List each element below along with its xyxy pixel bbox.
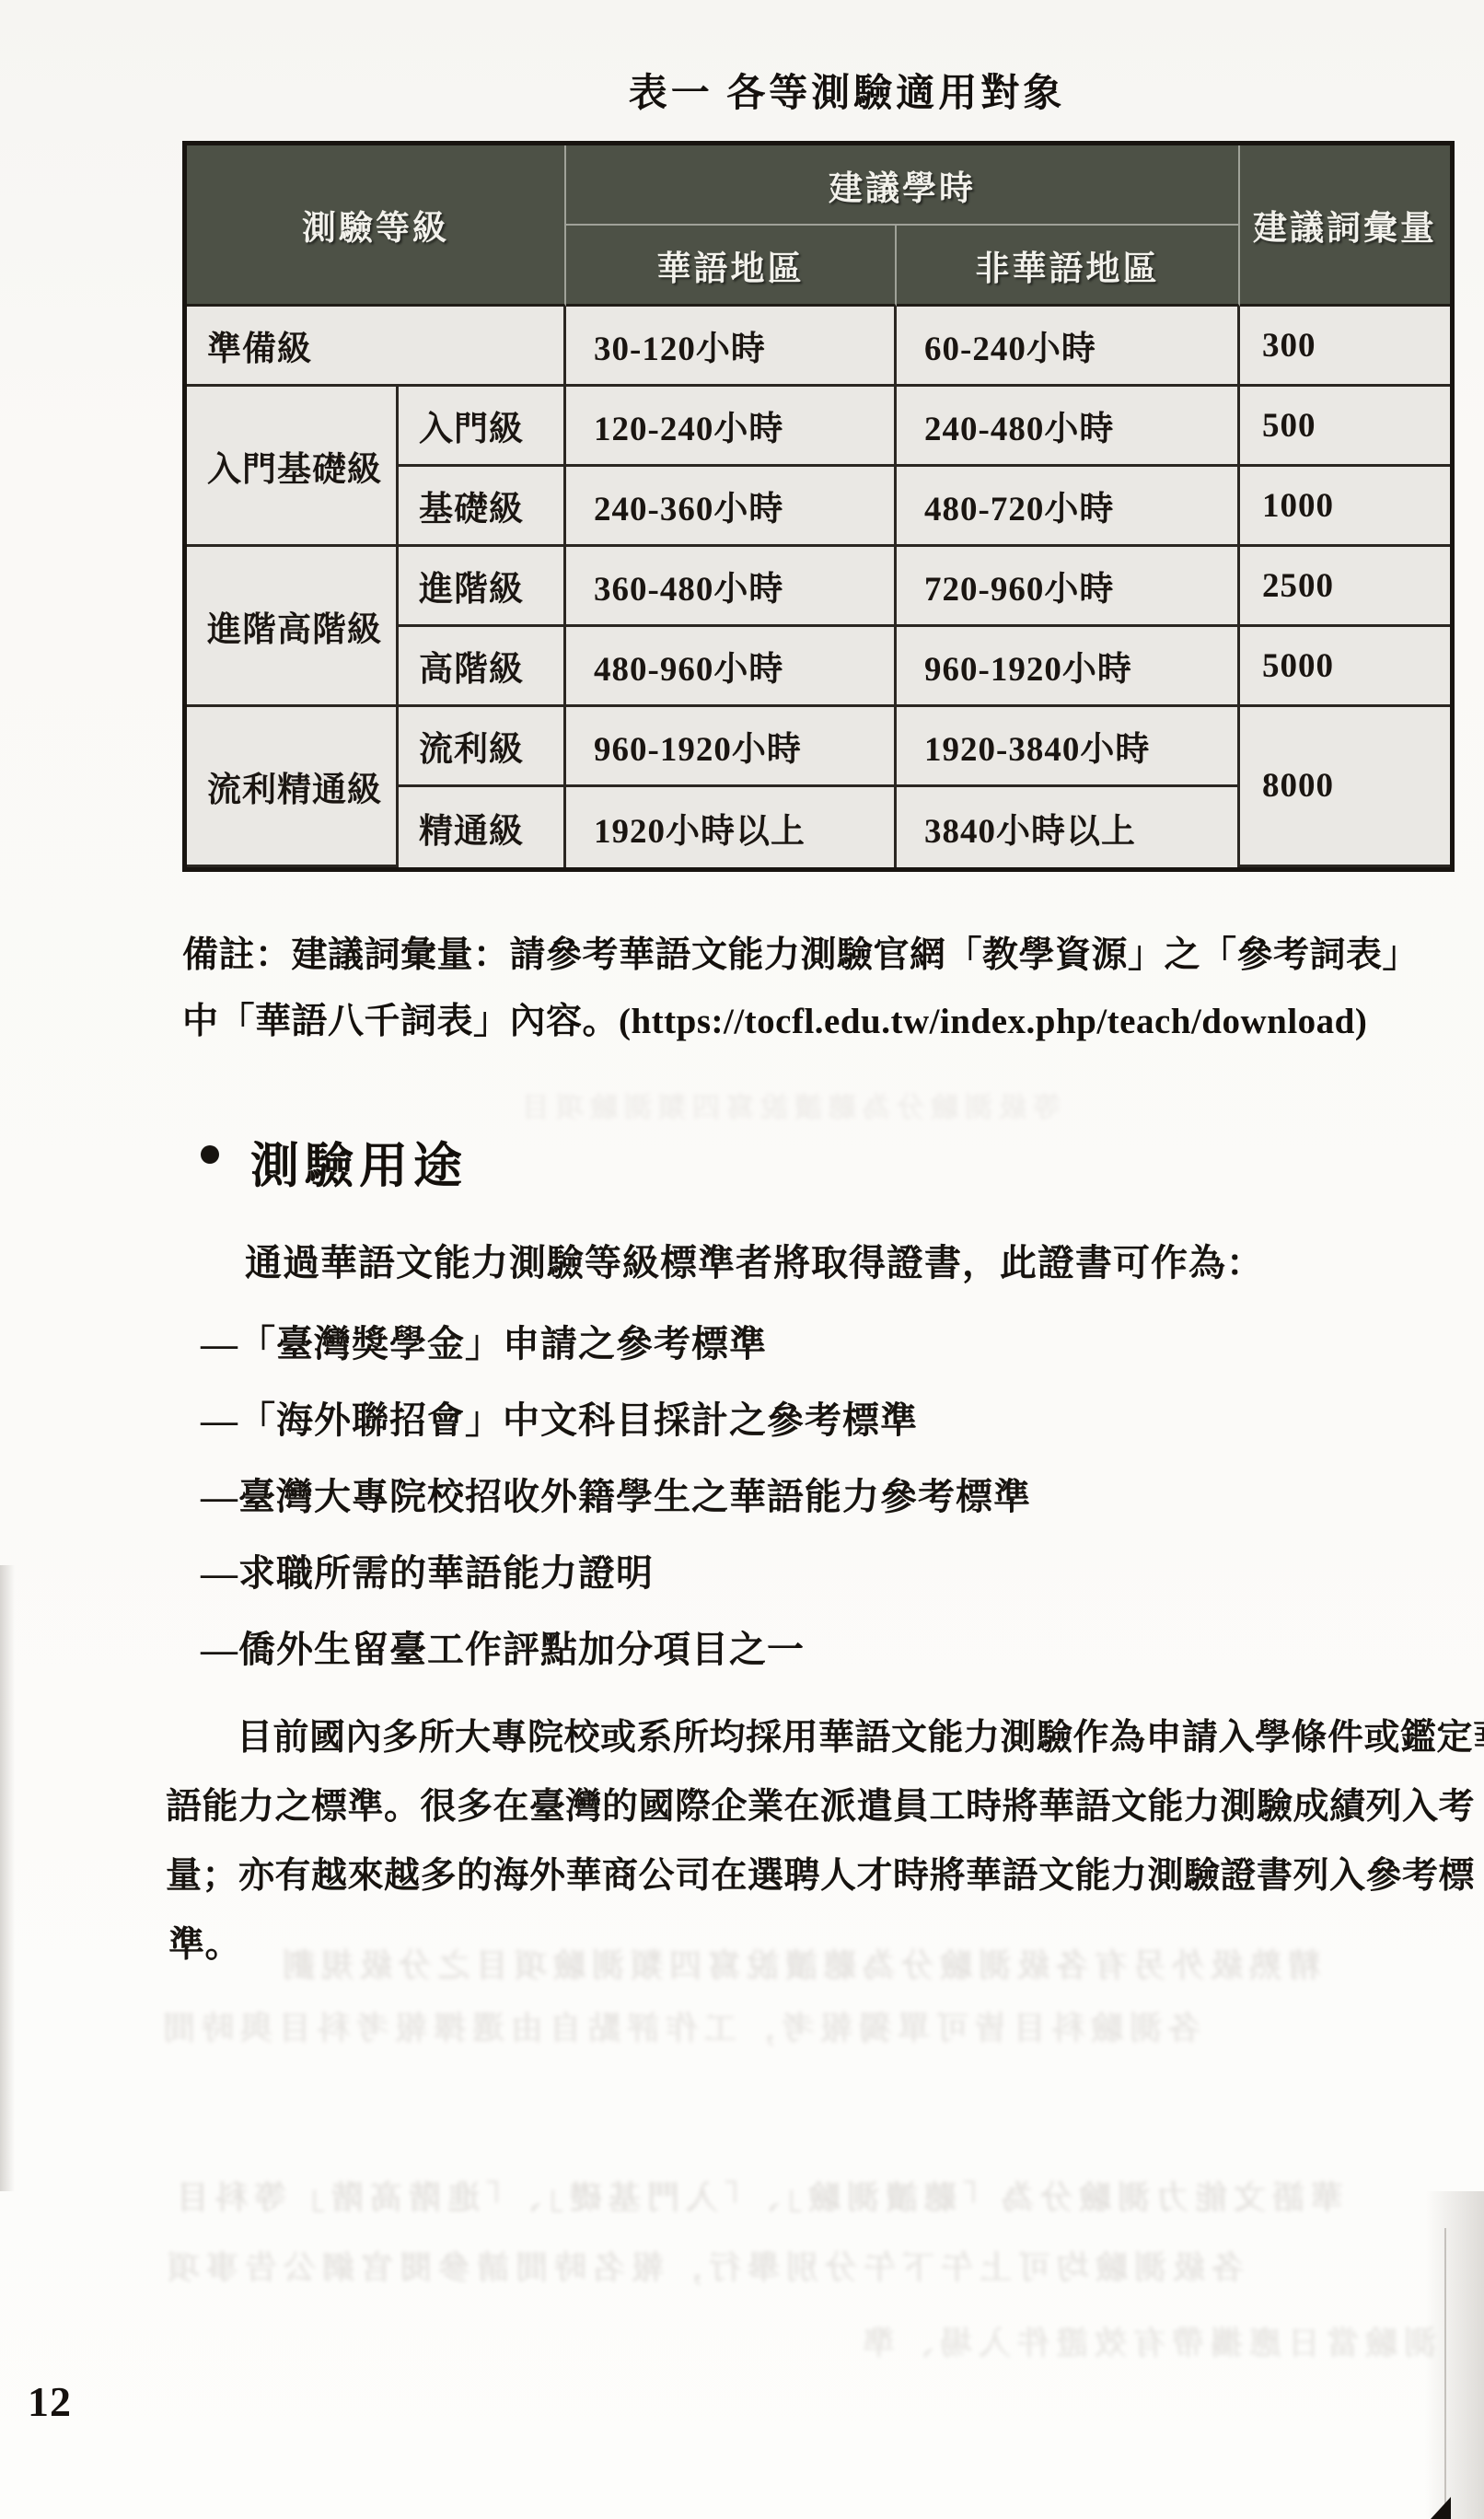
bleed-through-text: 各級測驗均可上午下午分別舉行，報名時間請參閱官網公告事項 bbox=[161, 2243, 1244, 2289]
usage-intro-text: 通過華語文能力測驗等級標準者將取得證書，此證書可作為： bbox=[245, 1234, 1264, 1286]
paragraph-line: 準。 bbox=[168, 1916, 241, 1968]
vocab-cell: 300 bbox=[1240, 307, 1450, 387]
paragraph-line: 量；亦有越來越多的海外華商公司在選聘人才時將華語文能力測驗證書列入參考標 bbox=[166, 1847, 1475, 1898]
vocab-cell: 8000 bbox=[1240, 707, 1450, 867]
hours-zh-cell: 1920小時以上 bbox=[566, 787, 897, 867]
header-recommended-vocab: 建議詞彙量 bbox=[1240, 145, 1450, 307]
header-recommended-hours: 建議學時 bbox=[566, 145, 1240, 226]
level-cell: 進階級 bbox=[399, 547, 566, 627]
level-cell: 流利級 bbox=[399, 707, 566, 787]
table-note-line1: 備註：建議詞彙量：請參考華語文能力測驗官網「教學資源」之「參考詞表」 bbox=[182, 923, 1462, 989]
level-cell: 精通級 bbox=[399, 787, 566, 867]
level-group-cell: 準備級 bbox=[187, 307, 566, 387]
hours-nonzh-cell: 1920-3840小時 bbox=[897, 707, 1240, 787]
usage-section-heading: 測驗用途 bbox=[250, 1127, 468, 1197]
vocab-cell: 500 bbox=[1240, 387, 1450, 467]
bleed-through-text: 精熟級外另有各級測驗分為聽讀說寫四類測驗項目之分級規劃 bbox=[276, 1941, 1320, 1987]
level-group-cell: 流利精通級 bbox=[187, 707, 399, 867]
level-group-cell: 入門基礎級 bbox=[187, 387, 399, 547]
vocab-cell: 1000 bbox=[1240, 467, 1450, 547]
usage-list-item: —臺灣大專院校招收外籍學生之華語能力參考標準 bbox=[201, 1468, 1031, 1544]
header-non-chinese-region: 非華語地區 bbox=[897, 226, 1240, 307]
usage-list-item: —求職所需的華語能力證明 bbox=[201, 1544, 1031, 1620]
table-note: 備註：建議詞彙量：請參考華語文能力測驗官網「教學資源」之「參考詞表」 中「華語八… bbox=[182, 923, 1462, 1055]
table-note-line2: 中「華語八千詞表」內容。(https://tocfl.edu.tw/index.… bbox=[182, 989, 1462, 1055]
paragraph-line: 目前國內多所大專院校或系所均採用華語文能力測驗作為申請入學條件或鑑定華 bbox=[237, 1709, 1484, 1760]
page-title: 表一 各等測驗適用對象 bbox=[589, 63, 1105, 118]
hours-nonzh-cell: 960-1920小時 bbox=[897, 627, 1240, 707]
levels-table: 測驗等級 建議學時 建議詞彙量 華語地區 非華語地區 準備級 30-120小時 … bbox=[182, 141, 1455, 872]
vocab-cell: 2500 bbox=[1240, 547, 1450, 627]
level-group-cell: 進階高階級 bbox=[187, 547, 399, 707]
hours-nonzh-cell: 480-720小時 bbox=[897, 467, 1240, 547]
bleed-through-text: 測驗當日應攜帶有效證件入場、準 bbox=[856, 2318, 1436, 2364]
hours-nonzh-cell: 720-960小時 bbox=[897, 547, 1240, 627]
vocab-cell: 5000 bbox=[1240, 627, 1450, 707]
hours-zh-cell: 30-120小時 bbox=[566, 307, 897, 387]
hours-zh-cell: 480-960小時 bbox=[566, 627, 897, 707]
scan-corner-mark bbox=[1431, 2497, 1451, 2519]
header-chinese-region: 華語地區 bbox=[566, 226, 897, 307]
level-cell: 入門級 bbox=[399, 387, 566, 467]
bleed-through-text: 華語文能力測驗分為「聽讀測驗」、「入門基礎」、「進階高階」等科目 bbox=[170, 2173, 1343, 2219]
right-page-edge-line bbox=[1444, 2228, 1446, 2519]
usage-list-item: —「海外聯招會」中文科目採計之參考標準 bbox=[201, 1391, 1031, 1468]
page-number: 12 bbox=[28, 2377, 72, 2426]
usage-list: —「臺灣獎學金」申請之參考標準 —「海外聯招會」中文科目採計之參考標準 —臺灣大… bbox=[201, 1315, 1031, 1697]
bleed-through-text: 等級測驗分為聽讀說寫四類測驗項目 bbox=[516, 1085, 1061, 1125]
hours-nonzh-cell: 60-240小時 bbox=[897, 307, 1240, 387]
hours-zh-cell: 240-360小時 bbox=[566, 467, 897, 547]
paragraph-line: 語能力之標準。很多在臺灣的國際企業在派遣員工時將華語文能力測驗成績列入考 bbox=[166, 1778, 1475, 1829]
hours-zh-cell: 360-480小時 bbox=[566, 547, 897, 627]
level-cell: 基礎級 bbox=[399, 467, 566, 547]
hours-zh-cell: 120-240小時 bbox=[566, 387, 897, 467]
level-cell: 高階級 bbox=[399, 627, 566, 707]
usage-list-item: —「臺灣獎學金」申請之參考標準 bbox=[201, 1315, 1031, 1391]
bullet-marker-icon bbox=[201, 1145, 219, 1164]
usage-list-item: —僑外生留臺工作評點加分項目之一 bbox=[201, 1620, 1031, 1697]
hours-zh-cell: 960-1920小時 bbox=[566, 707, 897, 787]
left-page-edge-shadow bbox=[0, 1565, 15, 2191]
right-page-edge-shadow bbox=[1425, 2191, 1484, 2519]
hours-nonzh-cell: 3840小時以上 bbox=[897, 787, 1240, 867]
hours-nonzh-cell: 240-480小時 bbox=[897, 387, 1240, 467]
bleed-through-text: 各測驗科目皆可單獨報考，工作評點自由選擇報考科目與時間 bbox=[157, 2003, 1200, 2049]
header-test-level: 測驗等級 bbox=[187, 145, 566, 307]
